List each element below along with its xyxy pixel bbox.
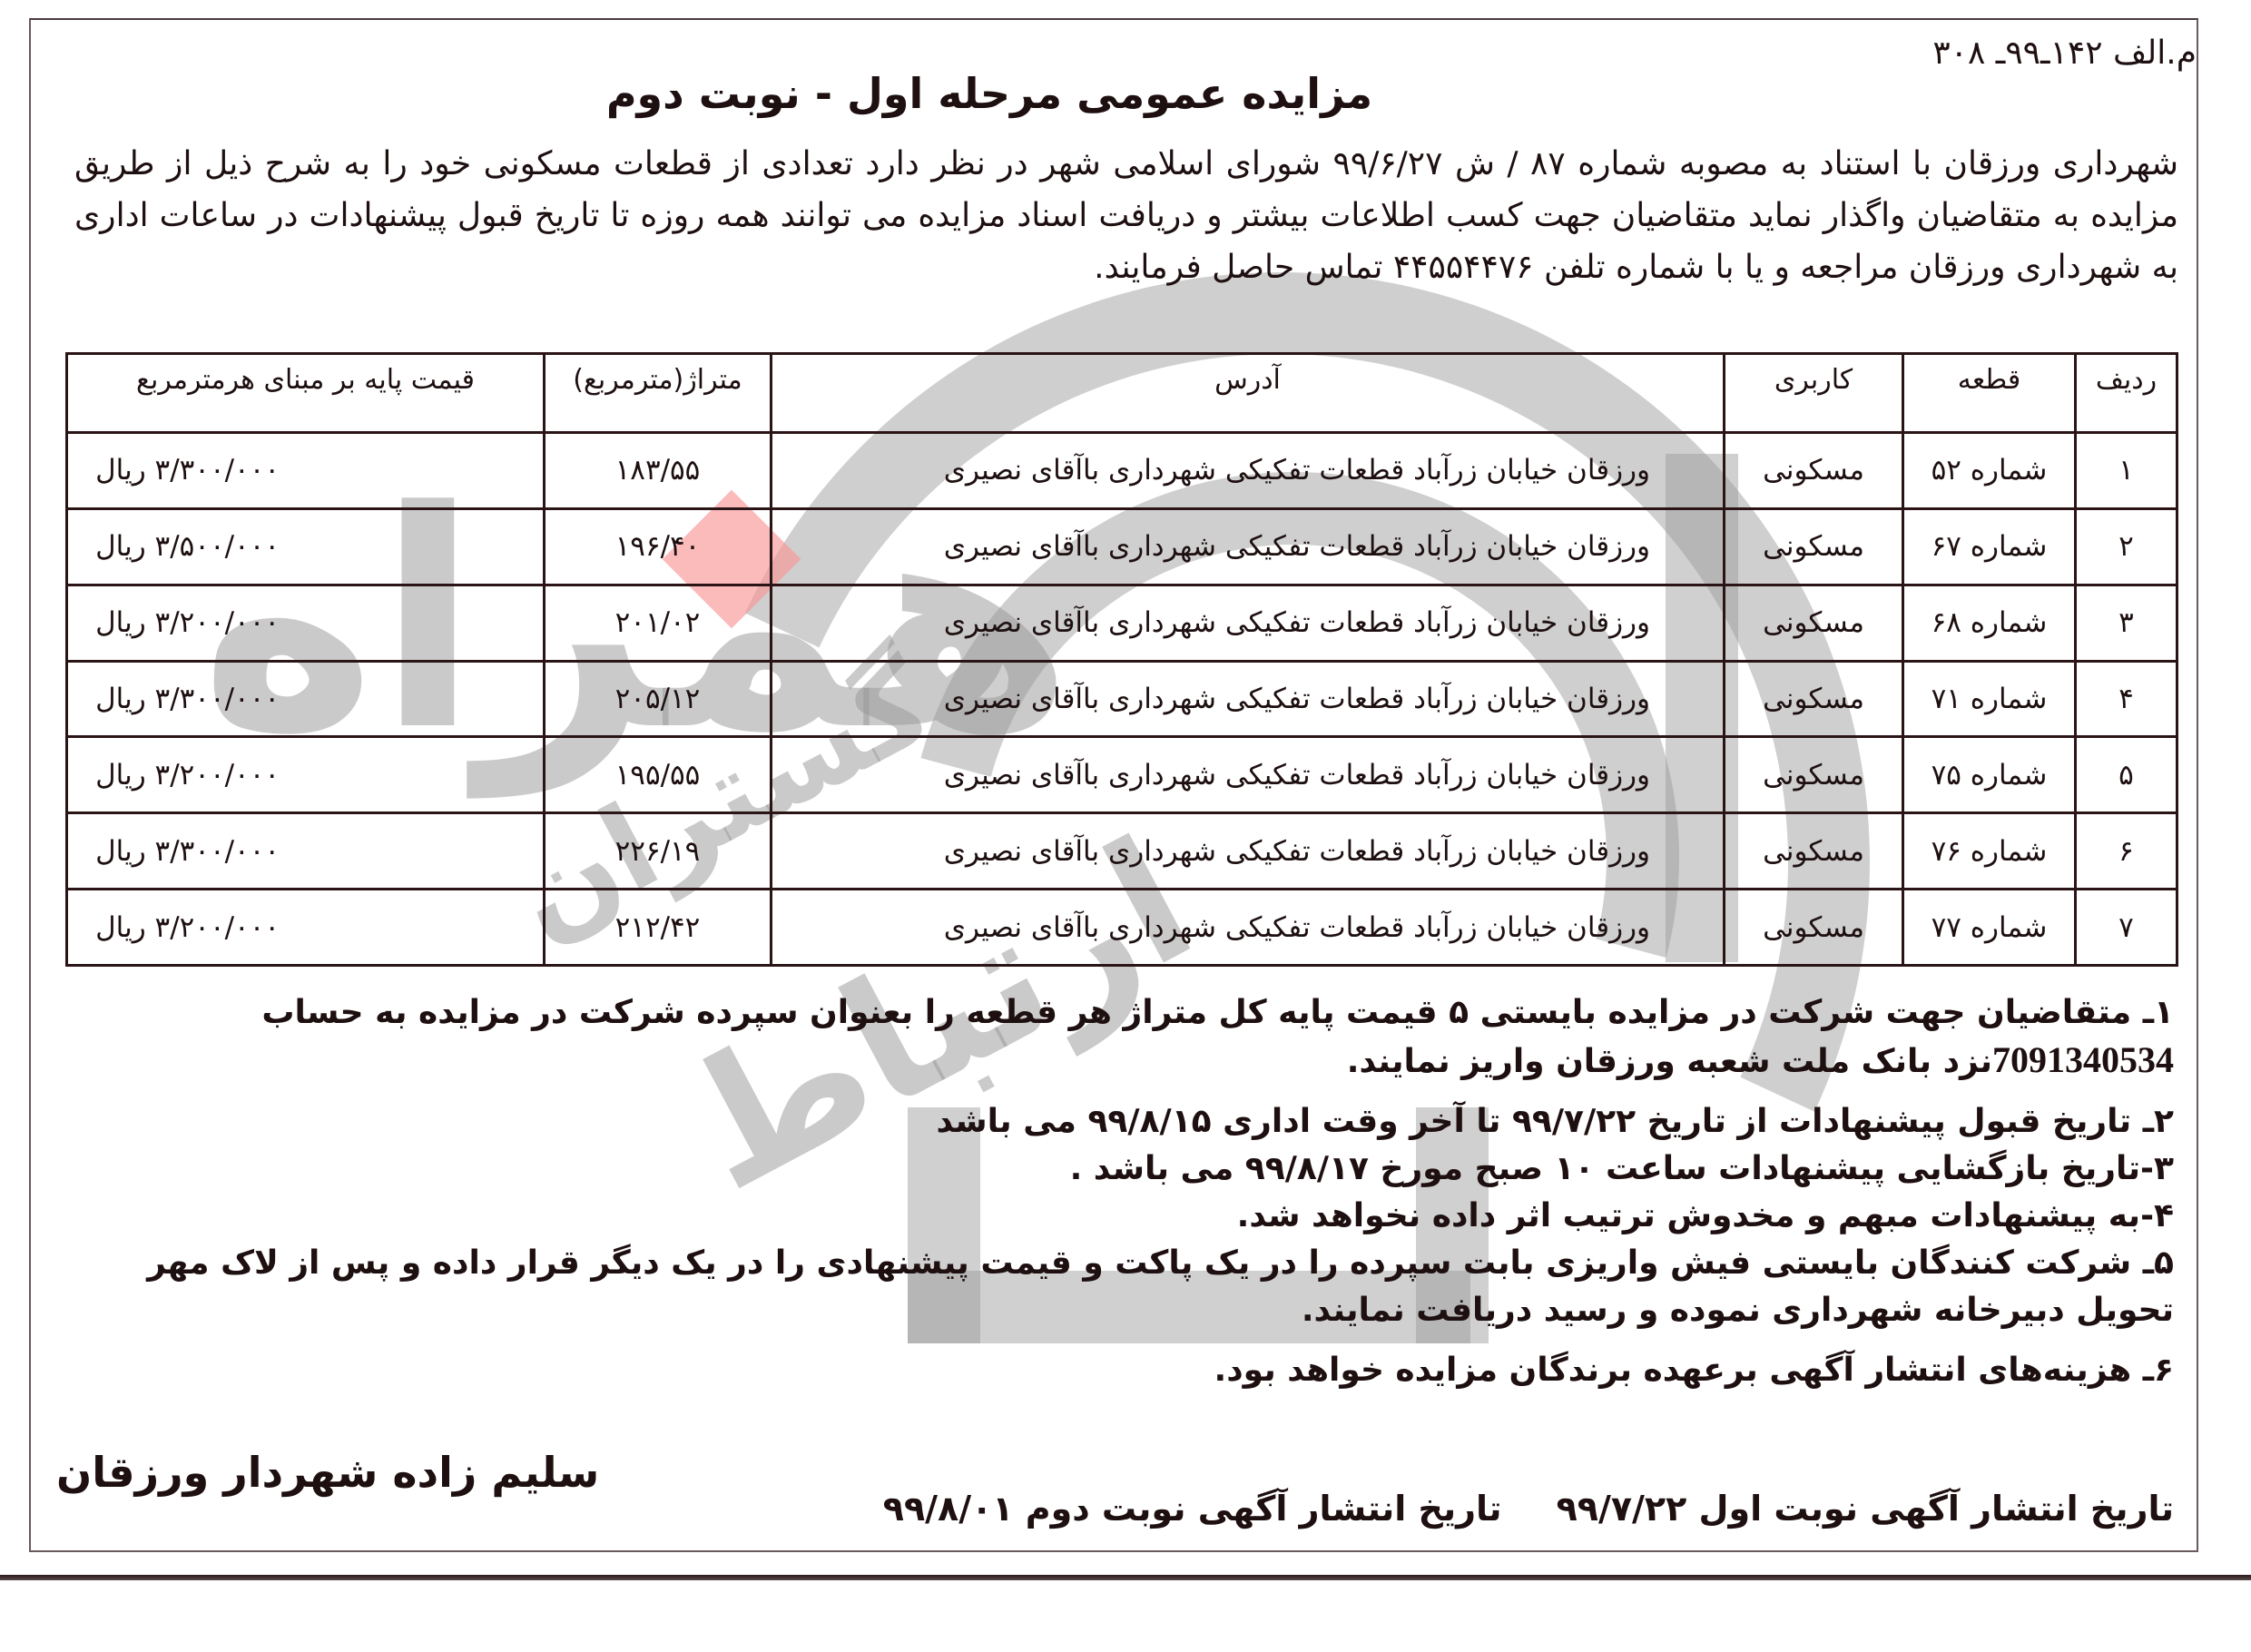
- cell-area: ۲۰۵/۱۲: [545, 661, 772, 737]
- cell-row-number: ۶: [2076, 813, 2177, 890]
- column-header-row-number: ردیف: [2076, 354, 2177, 433]
- cell-address: ورزقان خیابان زرآباد قطعات تفکیکی شهردار…: [772, 813, 1725, 890]
- cell-row-number: ۲: [2076, 508, 2177, 585]
- cell-plot: شماره ۵۲: [1903, 433, 2076, 509]
- page-title-text: مزایده عمومی مرحله اول - نوبت دوم: [606, 69, 1372, 118]
- cell-address: ورزقان خیابان زرآباد قطعات تفکیکی شهردار…: [772, 737, 1725, 813]
- cell-area: ۱۸۳/۵۵: [545, 433, 772, 509]
- cell-row-number: ۱: [2076, 433, 2177, 509]
- table-row: ۵ شماره ۷۵ مسکونی ورزقان خیابان زرآباد ق…: [67, 737, 2177, 813]
- condition-1-text: ۱ـ متقاضیان جهت شرکت در مزایده بایستی ۵ …: [261, 994, 2174, 1031]
- cell-plot: شماره ۷۱: [1903, 661, 2076, 737]
- condition-1-text-end: نزد بانک ملت شعبه ورزقان واریز نمایند.: [1347, 1043, 1992, 1080]
- column-header-address: آدرس: [772, 354, 1725, 433]
- table-row: ۱ شماره ۵۲ مسکونی ورزقان خیابان زرآباد ق…: [67, 433, 2177, 509]
- intro-paragraph: شهرداری ورزقان با استناد به مصوبه شماره …: [74, 138, 2178, 293]
- cell-base-price: ۳/۳۰۰/۰۰۰ ریال: [67, 661, 545, 737]
- cell-address: ورزقان خیابان زرآباد قطعات تفکیکی شهردار…: [772, 433, 1725, 509]
- cell-address: ورزقان خیابان زرآباد قطعات تفکیکی شهردار…: [772, 661, 1725, 737]
- cell-area: ۲۰۱/۰۲: [545, 585, 772, 661]
- cell-plot: شماره ۶۷: [1903, 508, 2076, 585]
- cell-base-price: ۳/۲۰۰/۰۰۰ ریال: [67, 890, 545, 966]
- cell-row-number: ۷: [2076, 890, 2177, 966]
- page-title: مزایده عمومی مرحله اول - نوبت دوم: [0, 69, 2251, 118]
- table-row: ۷ شماره ۷۷ مسکونی ورزقان خیابان زرآباد ق…: [67, 890, 2177, 966]
- cell-base-price: ۳/۲۰۰/۰۰۰ ریال: [67, 737, 545, 813]
- table-row: ۴ شماره ۷۱ مسکونی ورزقان خیابان زرآباد ق…: [67, 661, 2177, 737]
- cell-base-price: ۳/۳۰۰/۰۰۰ ریال: [67, 813, 545, 890]
- condition-item-3: ۳-تاریخ بازگشایی پیشنهادات ساعت ۱۰ صبح م…: [68, 1146, 2174, 1193]
- cell-row-number: ۴: [2076, 661, 2177, 737]
- publication-dates: تاریخ انتشار آگهی نوبت اول ۹۹/۷/۲۲تاریخ …: [883, 1489, 2174, 1529]
- signature: سلیم زاده شهردار ورزقان: [56, 1448, 599, 1497]
- cell-usage: مسکونی: [1725, 508, 1903, 585]
- table-row: ۶ شماره ۷۶ مسکونی ورزقان خیابان زرآباد ق…: [67, 813, 2177, 890]
- bank-account-number: 7091340534: [1992, 1039, 2174, 1080]
- second-publication-date: تاریخ انتشار آگهی نوبت دوم ۹۹/۸/۰۱: [883, 1489, 1502, 1529]
- cell-usage: مسکونی: [1725, 585, 1903, 661]
- cell-address: ورزقان خیابان زرآباد قطعات تفکیکی شهردار…: [772, 508, 1725, 585]
- column-header-plot: قطعه: [1903, 354, 2076, 433]
- page-divider: [0, 1575, 2251, 1580]
- table-row: ۳ شماره ۶۸ مسکونی ورزقان خیابان زرآباد ق…: [67, 585, 2177, 661]
- cell-area: ۲۲۶/۱۹: [545, 813, 772, 890]
- cell-row-number: ۵: [2076, 737, 2177, 813]
- condition-item-5: ۵ـ شرکت کنندگان بایستی فیش واریزی بابت س…: [68, 1240, 2174, 1334]
- cell-base-price: ۳/۵۰۰/۰۰۰ ریال: [67, 508, 545, 585]
- table-header-row: ردیف قطعه کاربری آدرس متراژ(مترمربع) قیم…: [67, 354, 2177, 433]
- condition-item-4: ۴-به پیشنهادات مبهم و مخدوش ترتیب اثر دا…: [68, 1193, 2174, 1240]
- cell-usage: مسکونی: [1725, 890, 1903, 966]
- cell-address: ورزقان خیابان زرآباد قطعات تفکیکی شهردار…: [772, 890, 1725, 966]
- plots-table: ردیف قطعه کاربری آدرس متراژ(مترمربع) قیم…: [65, 352, 2178, 967]
- column-header-usage: کاربری: [1725, 354, 1903, 433]
- cell-plot: شماره ۷۵: [1903, 737, 2076, 813]
- first-publication-date: تاریخ انتشار آگهی نوبت اول ۹۹/۷/۲۲: [1557, 1489, 2174, 1529]
- cell-area: ۱۹۵/۵۵: [545, 737, 772, 813]
- cell-plot: شماره ۷۷: [1903, 890, 2076, 966]
- column-header-base-price: قیمت پایه بر مبنای هرمترمربع: [67, 354, 545, 433]
- cell-row-number: ۳: [2076, 585, 2177, 661]
- cell-usage: مسکونی: [1725, 661, 1903, 737]
- condition-item-2: ۲ـ تاریخ قبول پیشنهادات از تاریخ ۹۹/۷/۲۲…: [68, 1098, 2174, 1146]
- cell-area: ۱۹۶/۴۰: [545, 508, 772, 585]
- cell-base-price: ۳/۲۰۰/۰۰۰ ریال: [67, 585, 545, 661]
- table-row: ۲ شماره ۶۷ مسکونی ورزقان خیابان زرآباد ق…: [67, 508, 2177, 585]
- cell-usage: مسکونی: [1725, 813, 1903, 890]
- cell-usage: مسکونی: [1725, 433, 1903, 509]
- cell-plot: شماره ۶۸: [1903, 585, 2076, 661]
- condition-item-1: ۱ـ متقاضیان جهت شرکت در مزایده بایستی ۵ …: [68, 989, 2174, 1086]
- cell-plot: شماره ۷۶: [1903, 813, 2076, 890]
- cell-address: ورزقان خیابان زرآباد قطعات تفکیکی شهردار…: [772, 585, 1725, 661]
- conditions-list: ۱ـ متقاضیان جهت شرکت در مزایده بایستی ۵ …: [68, 989, 2174, 1394]
- cell-usage: مسکونی: [1725, 737, 1903, 813]
- cell-base-price: ۳/۳۰۰/۰۰۰ ریال: [67, 433, 545, 509]
- reference-number: م.الف ۱۴۲ـ۹۹ـ ۳۰۸: [1932, 34, 2197, 72]
- column-header-area: متراژ(مترمربع): [545, 354, 772, 433]
- condition-item-6: ۶ـ هزینه‌های انتشار آگهی برعهده برندگان …: [68, 1347, 2174, 1394]
- cell-area: ۲۱۲/۴۲: [545, 890, 772, 966]
